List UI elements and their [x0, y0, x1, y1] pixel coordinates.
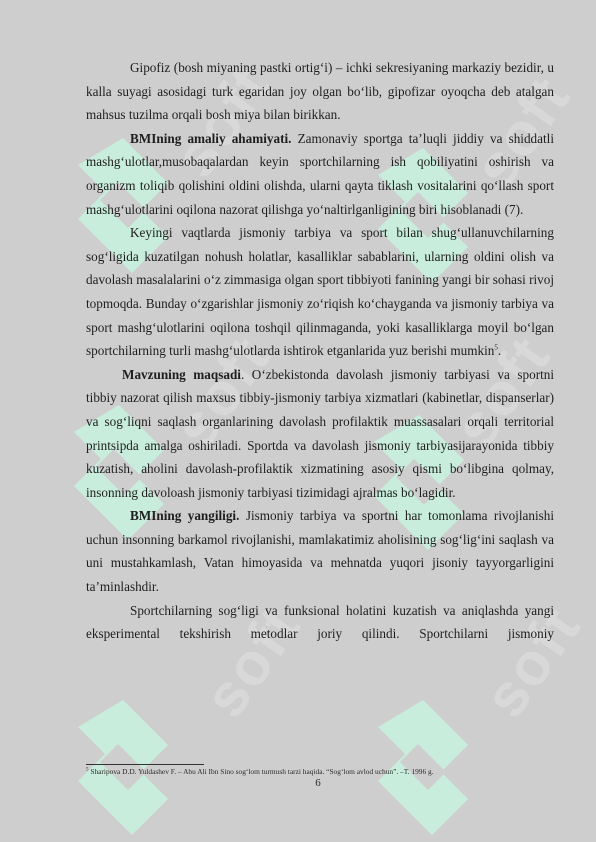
paragraph-gipofiz: Gipofiz (bosh miyaning pastki ortig‘i) –…: [86, 56, 554, 127]
paragraph-novelty: BMIning yangiligi. Jismoniy tarbiya va s…: [86, 504, 554, 598]
footnote-separator: [86, 764, 204, 765]
body-text: Gipofiz (bosh miyaning pastki ortig‘i) –…: [86, 56, 554, 646]
paragraph-text-tail: .: [498, 343, 501, 358]
paragraph-recent-times: Keyingi vaqtlarda jismoniy tarbiya va sp…: [86, 221, 554, 363]
paragraph-text: Gipofiz (bosh miyaning pastki ortig‘i) –…: [86, 60, 554, 122]
paragraph-heading: BMIning yangiligi.: [130, 508, 239, 523]
paragraph-text: Keyingi vaqtlarda jismoniy tarbiya va sp…: [86, 225, 554, 358]
footnote: 5 Sharipova D.D. Yuldashev F. – Abu Ali …: [86, 767, 556, 777]
page-number: 6: [0, 777, 596, 789]
paragraph-practical-significance: BMIning amaliy ahamiyati. Zamonaviy spor…: [86, 127, 554, 221]
paragraph-heading: Mavzuning maqsadi: [122, 367, 241, 382]
footnote-text: Sharipova D.D. Yuldashev F. – Abu Ali Ib…: [89, 767, 434, 776]
document-page: soft soft soft soft soft soft Gipofiz (b…: [0, 0, 596, 842]
paragraph-athletes-health: Sportchilarning sog‘ligi va funksional h…: [86, 599, 554, 646]
paragraph-text: Sportchilarning sog‘ligi va funksional h…: [86, 603, 554, 642]
paragraph-text: . O‘zbekistonda davolash jismoniy tarbiy…: [86, 367, 554, 500]
paragraph-heading: BMIning amaliy ahamiyati.: [130, 131, 291, 146]
paragraph-topic-goal: Mavzuning maqsadi. O‘zbekistonda davolas…: [86, 363, 554, 505]
